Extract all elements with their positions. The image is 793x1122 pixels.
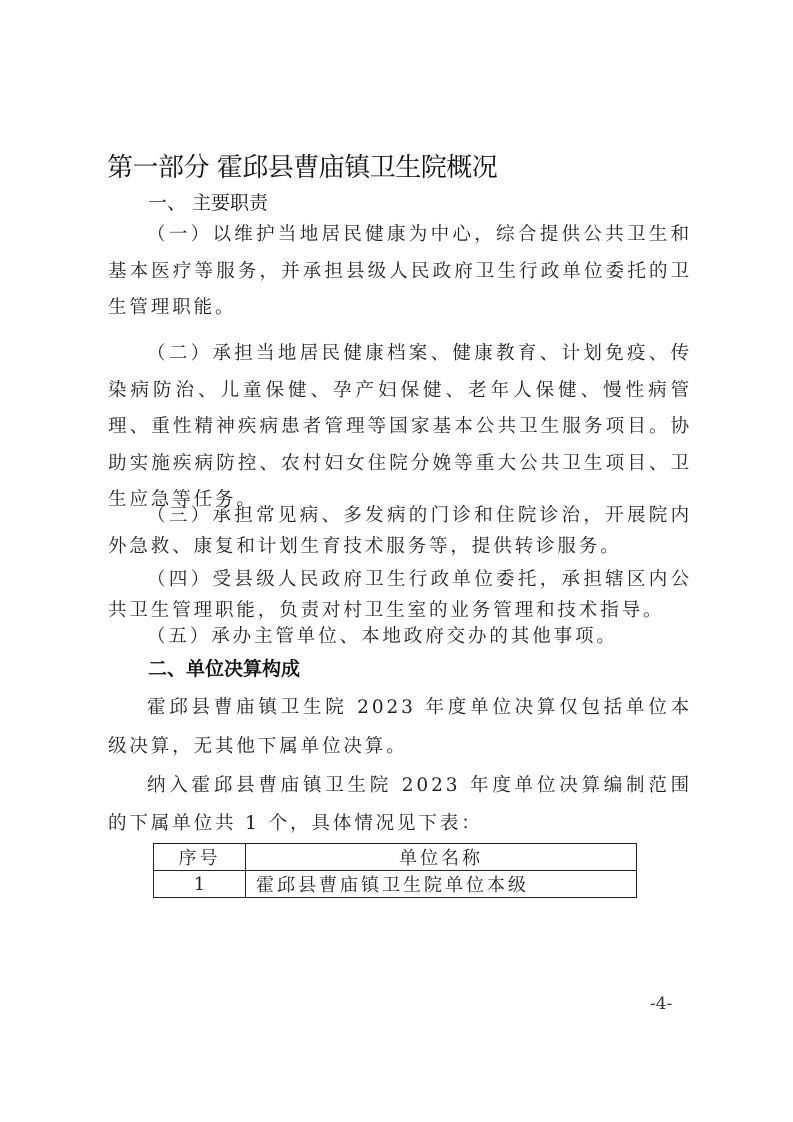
table-row: 1 霍邱县曹庙镇卫生院单位本级 [154,871,637,898]
subordinate-units-table: 序号 单位名称 1 霍邱县曹庙镇卫生院单位本级 [153,843,637,898]
page-title: 第一部分 霍邱县曹庙镇卫生院概况 [107,147,497,184]
paragraph-duty-2: （二）承担当地居民健康档案、健康教育、计划免疫、传染病防治、儿童保健、孕产妇保健… [108,336,692,519]
cell-unit-name: 霍邱县曹庙镇卫生院单位本级 [246,871,637,898]
paragraph-budget-scope: 霍邱县曹庙镇卫生院 2023 年度单位决算仅包括单位本级决算，无其他下属单位决算… [108,688,692,766]
paragraph-duty-5: （五）承办主管单位、本地政府交办的其他事项。 [108,621,692,652]
paragraph-duty-1: （一）以维护当地居民健康为中心，综合提供公共卫生和基本医疗等服务，并承担县级人民… [108,217,692,327]
column-header-unit-name: 单位名称 [246,844,637,871]
section-heading-main-duties: 一、 主要职责 [148,188,268,215]
table-header-row: 序号 单位名称 [154,844,637,871]
section-heading-budget-composition: 二、单位决算构成 [148,654,300,681]
cell-serial: 1 [154,871,246,898]
paragraph-duty-3: （三）承担常见病、多发病的门诊和住院诊治，开展院内外急救、康复和计划生育技术服务… [108,500,692,562]
column-header-serial: 序号 [154,844,246,871]
paragraph-subordinate-units: 纳入霍邱县曹庙镇卫生院 2023 年度单位决算编制范围的下属单位共 1 个，具体… [108,767,692,843]
page-number: -4- [650,994,672,1014]
paragraph-duty-4: （四）受县级人民政府卫生行政单位委托，承担辖区内公共卫生管理职能，负责对村卫生室… [108,564,692,626]
